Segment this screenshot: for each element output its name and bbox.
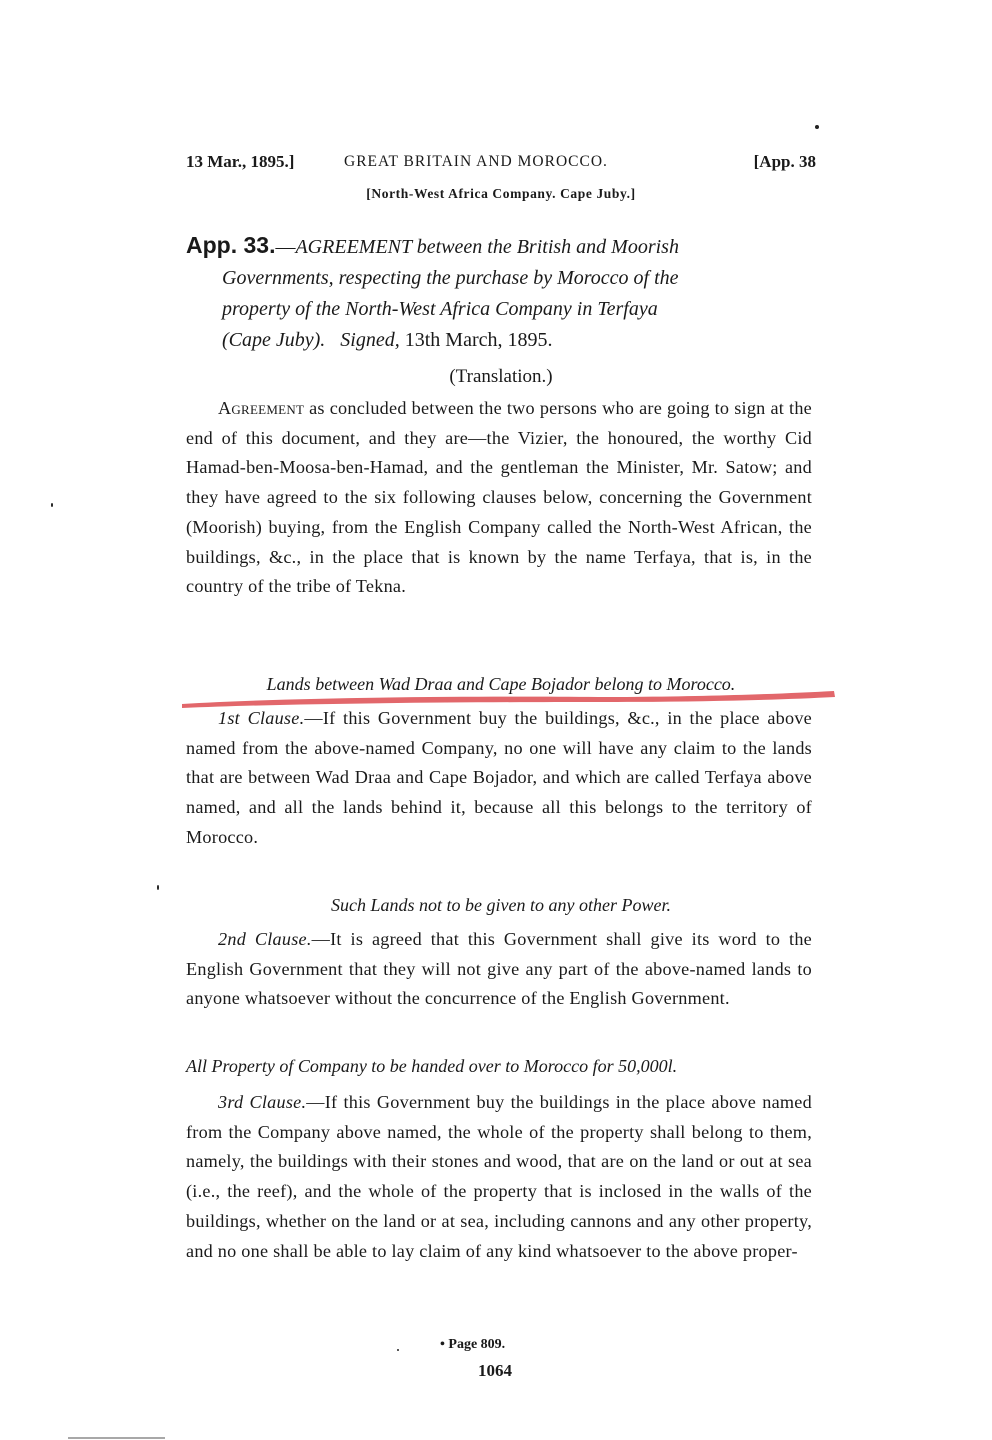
appendix-label: App. 33. [186,232,275,258]
heading-line-4: (Cape Juby). [222,329,325,351]
margin-speck [397,1349,399,1351]
signed-label: Signed, [340,329,399,351]
sidenote-clause-3: All Property of Company to be handed ove… [186,1053,816,1079]
margin-speck [815,125,819,129]
margin-speck [51,503,53,507]
clause-1-label: 1st Clause. [218,708,304,728]
page-number: 1064 [478,1361,512,1381]
sidenote-clause-2: Such Lands not to be given to any other … [186,892,816,918]
clause-3-label: 3rd Clause. [218,1092,306,1112]
clause-1-paragraph: 1st Clause.—If this Government buy the b… [186,704,812,853]
bottom-scroll-indicator [68,1437,165,1439]
page-footnote: • Page 809. [440,1337,505,1353]
running-head-date: 13 Mar., 1895.] [186,150,294,174]
heading-line-2: Governments, respecting the purchase by … [186,263,816,294]
running-head: 13 Mar., 1895.] GREAT BRITAIN AND MOROCC… [186,150,816,174]
clause-1-text: —If this Government buy the buildings, &… [186,708,812,847]
heading-dash: — [275,236,295,258]
heading-line-3: property of the North-West Africa Compan… [186,294,816,325]
clause-3-text: —If this Government buy the buildings in… [186,1092,812,1261]
running-head-appendix: [App. 38 [754,150,816,174]
running-head-title: GREAT BRITAIN AND MOROCCO. [344,150,608,174]
preamble-paragraph: Agreement as concluded between the two p… [186,394,812,602]
heading-line-1: AGREEMENT between the British and Mooris… [295,236,679,258]
subhead: [North-West Africa Company. Cape Juby.] [186,186,816,202]
document-page: 13 Mar., 1895.] GREAT BRITAIN AND MOROCC… [0,0,992,1440]
clause-3-paragraph: 3rd Clause.—If this Government buy the b… [186,1088,812,1266]
preamble-lead: Agreement [218,398,304,418]
agreement-heading: App. 33.—AGREEMENT between the British a… [186,230,816,356]
clause-2-label: 2nd Clause. [218,929,312,949]
signed-date: 13th March, 1895. [405,329,553,351]
preamble-text: as concluded between the two persons who… [186,398,812,596]
translation-label: (Translation.) [186,364,816,390]
clause-2-paragraph: 2nd Clause.—It is agreed that this Gover… [186,925,812,1014]
margin-speck [157,885,159,890]
